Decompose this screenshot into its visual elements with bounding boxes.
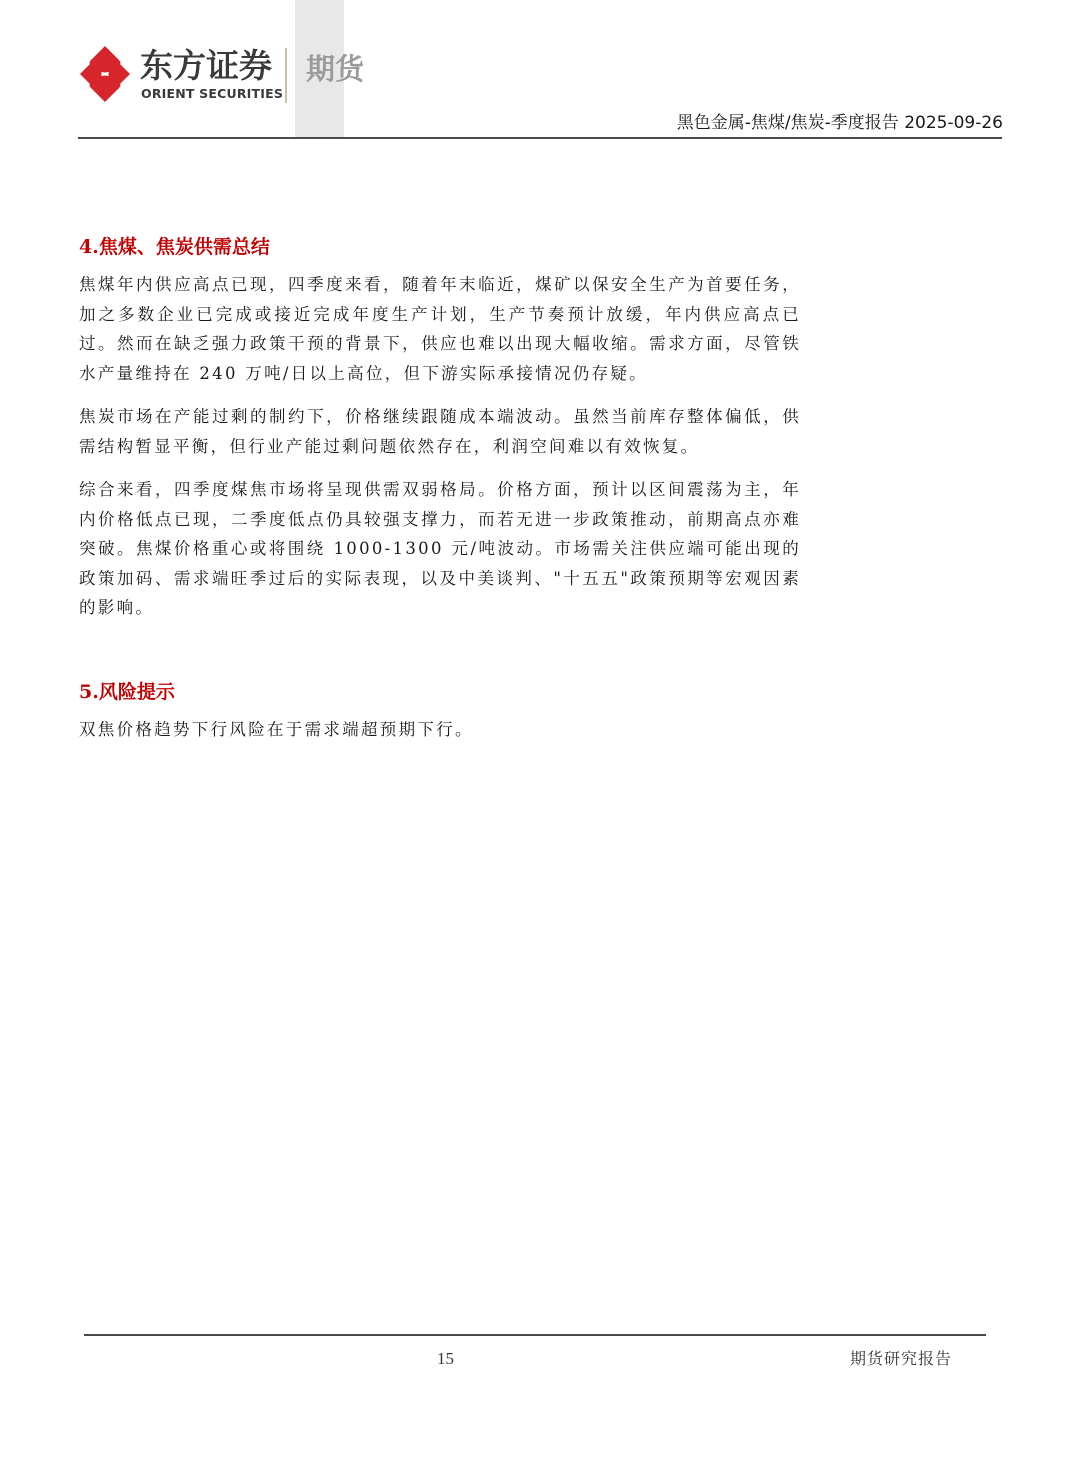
section-title: 4.焦煤、焦炭供需总结	[79, 232, 801, 262]
report-meta: 黑色金属-焦煤/焦炭-季度报告 2025-09-26	[677, 112, 1003, 134]
report-body: 4.焦煤、焦炭供需总结 焦煤年内供应高点已现，四季度来看，随着年末临近，煤矿以保…	[79, 232, 801, 758]
division-label: 期货	[306, 49, 364, 89]
section-supply-demand-summary: 4.焦煤、焦炭供需总结 焦煤年内供应高点已现，四季度来看，随着年末临近，煤矿以保…	[79, 232, 801, 623]
section-title: 5.风险提示	[79, 677, 801, 707]
paragraph: 综合来看，四季度煤焦市场将呈现供需双弱格局。价格方面，预计以区间震荡为主，年内价…	[79, 475, 801, 623]
brand-name-chinese: 东方证券	[140, 46, 272, 86]
orient-securities-logo-icon	[78, 44, 132, 104]
brand-divider	[285, 48, 287, 103]
section-spacer	[79, 637, 801, 677]
footer-divider	[84, 1334, 986, 1336]
section-risk-warning: 5.风险提示 双焦价格趋势下行风险在于需求端超预期下行。	[79, 677, 801, 745]
footer-label: 期货研究报告	[850, 1348, 952, 1370]
paragraph: 双焦价格趋势下行风险在于需求端超预期下行。	[79, 715, 801, 745]
brand-name-english: ORIENT SECURITIES	[141, 86, 283, 102]
paragraph: 焦炭市场在产能过剩的制约下，价格继续跟随成本端波动。虽然当前库存整体偏低，供需结…	[79, 402, 801, 461]
paragraph: 焦煤年内供应高点已现，四季度来看，随着年末临近，煤矿以保安全生产为首要任务，加之…	[79, 270, 801, 388]
page-number: 15	[437, 1348, 454, 1370]
header-divider	[78, 137, 1002, 139]
